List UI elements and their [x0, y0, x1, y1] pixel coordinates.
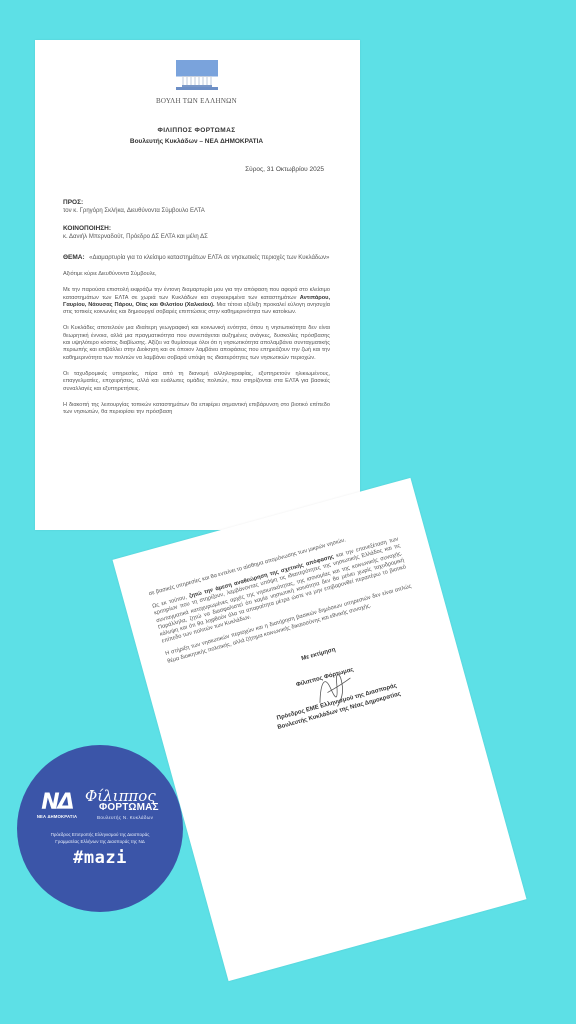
cc-block: ΚΟΙΝΟΠΟΙΗΣΗ: κ. Δανιήλ Μπερναδούτ, Πρόεδ…: [63, 225, 330, 241]
badge-line-1: Πρόεδρος Επιτροπής Ελληνισμού της Διασπο…: [17, 832, 183, 837]
subject-value: «Διαμαρτυρία για το κλείσιμο καταστημάτω…: [89, 255, 329, 261]
paragraph-4: Η διακοπή της λειτουργίας τοπικών καταστ…: [63, 402, 330, 417]
nd-party-logo: ΝΔ ΝΕΑ ΔΗΜΟΚΡΑΤΙΑ: [31, 792, 83, 819]
parliament-logo-text: ΒΟΥΛΗ ΤΩΝ ΕΛΛΗΝΩΝ: [63, 97, 330, 105]
letter-page-2: σε βασικές υπηρεσίες και θα εντείνει το …: [112, 477, 526, 980]
cc-value: κ. Δανιήλ Μπερναδούτ, Πρόεδρο ΔΣ ΕΛΤΑ κα…: [63, 233, 330, 241]
parliament-building-icon: [176, 60, 218, 90]
subject-label: ΘΕΜΑ:: [63, 254, 85, 261]
paragraph-1: Με την παρούσα επιστολή εκφράζω την έντο…: [63, 287, 330, 316]
mp-role: Βουλευτής Κυκλάδων – ΝΕΑ ΔΗΜΟΚΡΑΤΙΑ: [63, 138, 330, 145]
cc-label: ΚΟΙΝΟΠΟΙΗΣΗ:: [63, 225, 330, 233]
paragraph-3: Οι ταχυδρομικές υπηρεσίες, πέρα από τη δ…: [63, 371, 330, 393]
mp-badge: ΝΔ ΝΕΑ ΔΗΜΟΚΡΑΤΙΑ Φίλιππος ΦΟΡΤΩΜΑΣ Βουλ…: [17, 745, 183, 912]
paragraph-2: Οι Κυκλάδες αποτελούν μια ιδιαίτερη γεωγ…: [63, 325, 330, 361]
salutation: Αξιότιμε κύριε Διευθύνοντα Σύμβουλε,: [63, 271, 330, 278]
recipient-block: ΠΡΟΣ: τον κ. Γρηγόρη Σκλήκα, Διευθύνοντα…: [63, 199, 330, 215]
letter-page-1: ΒΟΥΛΗ ΤΩΝ ΕΛΛΗΝΩΝ ΦΙΛΙΠΠΟΣ ΦΟΡΤΩΜΑΣ Βουλ…: [35, 40, 360, 530]
parliament-logo: ΒΟΥΛΗ ΤΩΝ ΕΛΛΗΝΩΝ: [63, 60, 330, 105]
recipient-label: ΠΡΟΣ:: [63, 199, 330, 207]
badge-line-2: Γραμματέας Ελλήνων της Διασποράς της ΝΔ: [17, 839, 183, 844]
nd-logo-icon: ΝΔ: [31, 792, 83, 814]
hashtag: #mazi: [17, 848, 183, 868]
mp-name: ΦΙΛΙΠΠΟΣ ΦΟΡΤΩΜΑΣ: [63, 127, 330, 134]
letter-date: Σύρος, 31 Οκτωβρίου 2025: [63, 166, 330, 173]
badge-header: ΝΔ ΝΕΑ ΔΗΜΟΚΡΑΤΙΑ Φίλιππος ΦΟΡΤΩΜΑΣ Βουλ…: [31, 785, 171, 825]
badge-role: Βουλευτής Ν. Κυκλάδων: [97, 815, 153, 820]
paragraph-1-text-a: Με την παρούσα επιστολή εκφράζω την έντο…: [63, 287, 330, 300]
recipient-value: τον κ. Γρηγόρη Σκλήκα, Διευθύνοντα Σύμβο…: [63, 207, 330, 215]
badge-last-name: ΦΟΡΤΩΜΑΣ: [99, 802, 159, 813]
party-name: ΝΕΑ ΔΗΜΟΚΡΑΤΙΑ: [31, 814, 83, 819]
subject-block: ΘΕΜΑ: «Διαμαρτυρία για το κλείσιμο κατασ…: [63, 251, 330, 262]
